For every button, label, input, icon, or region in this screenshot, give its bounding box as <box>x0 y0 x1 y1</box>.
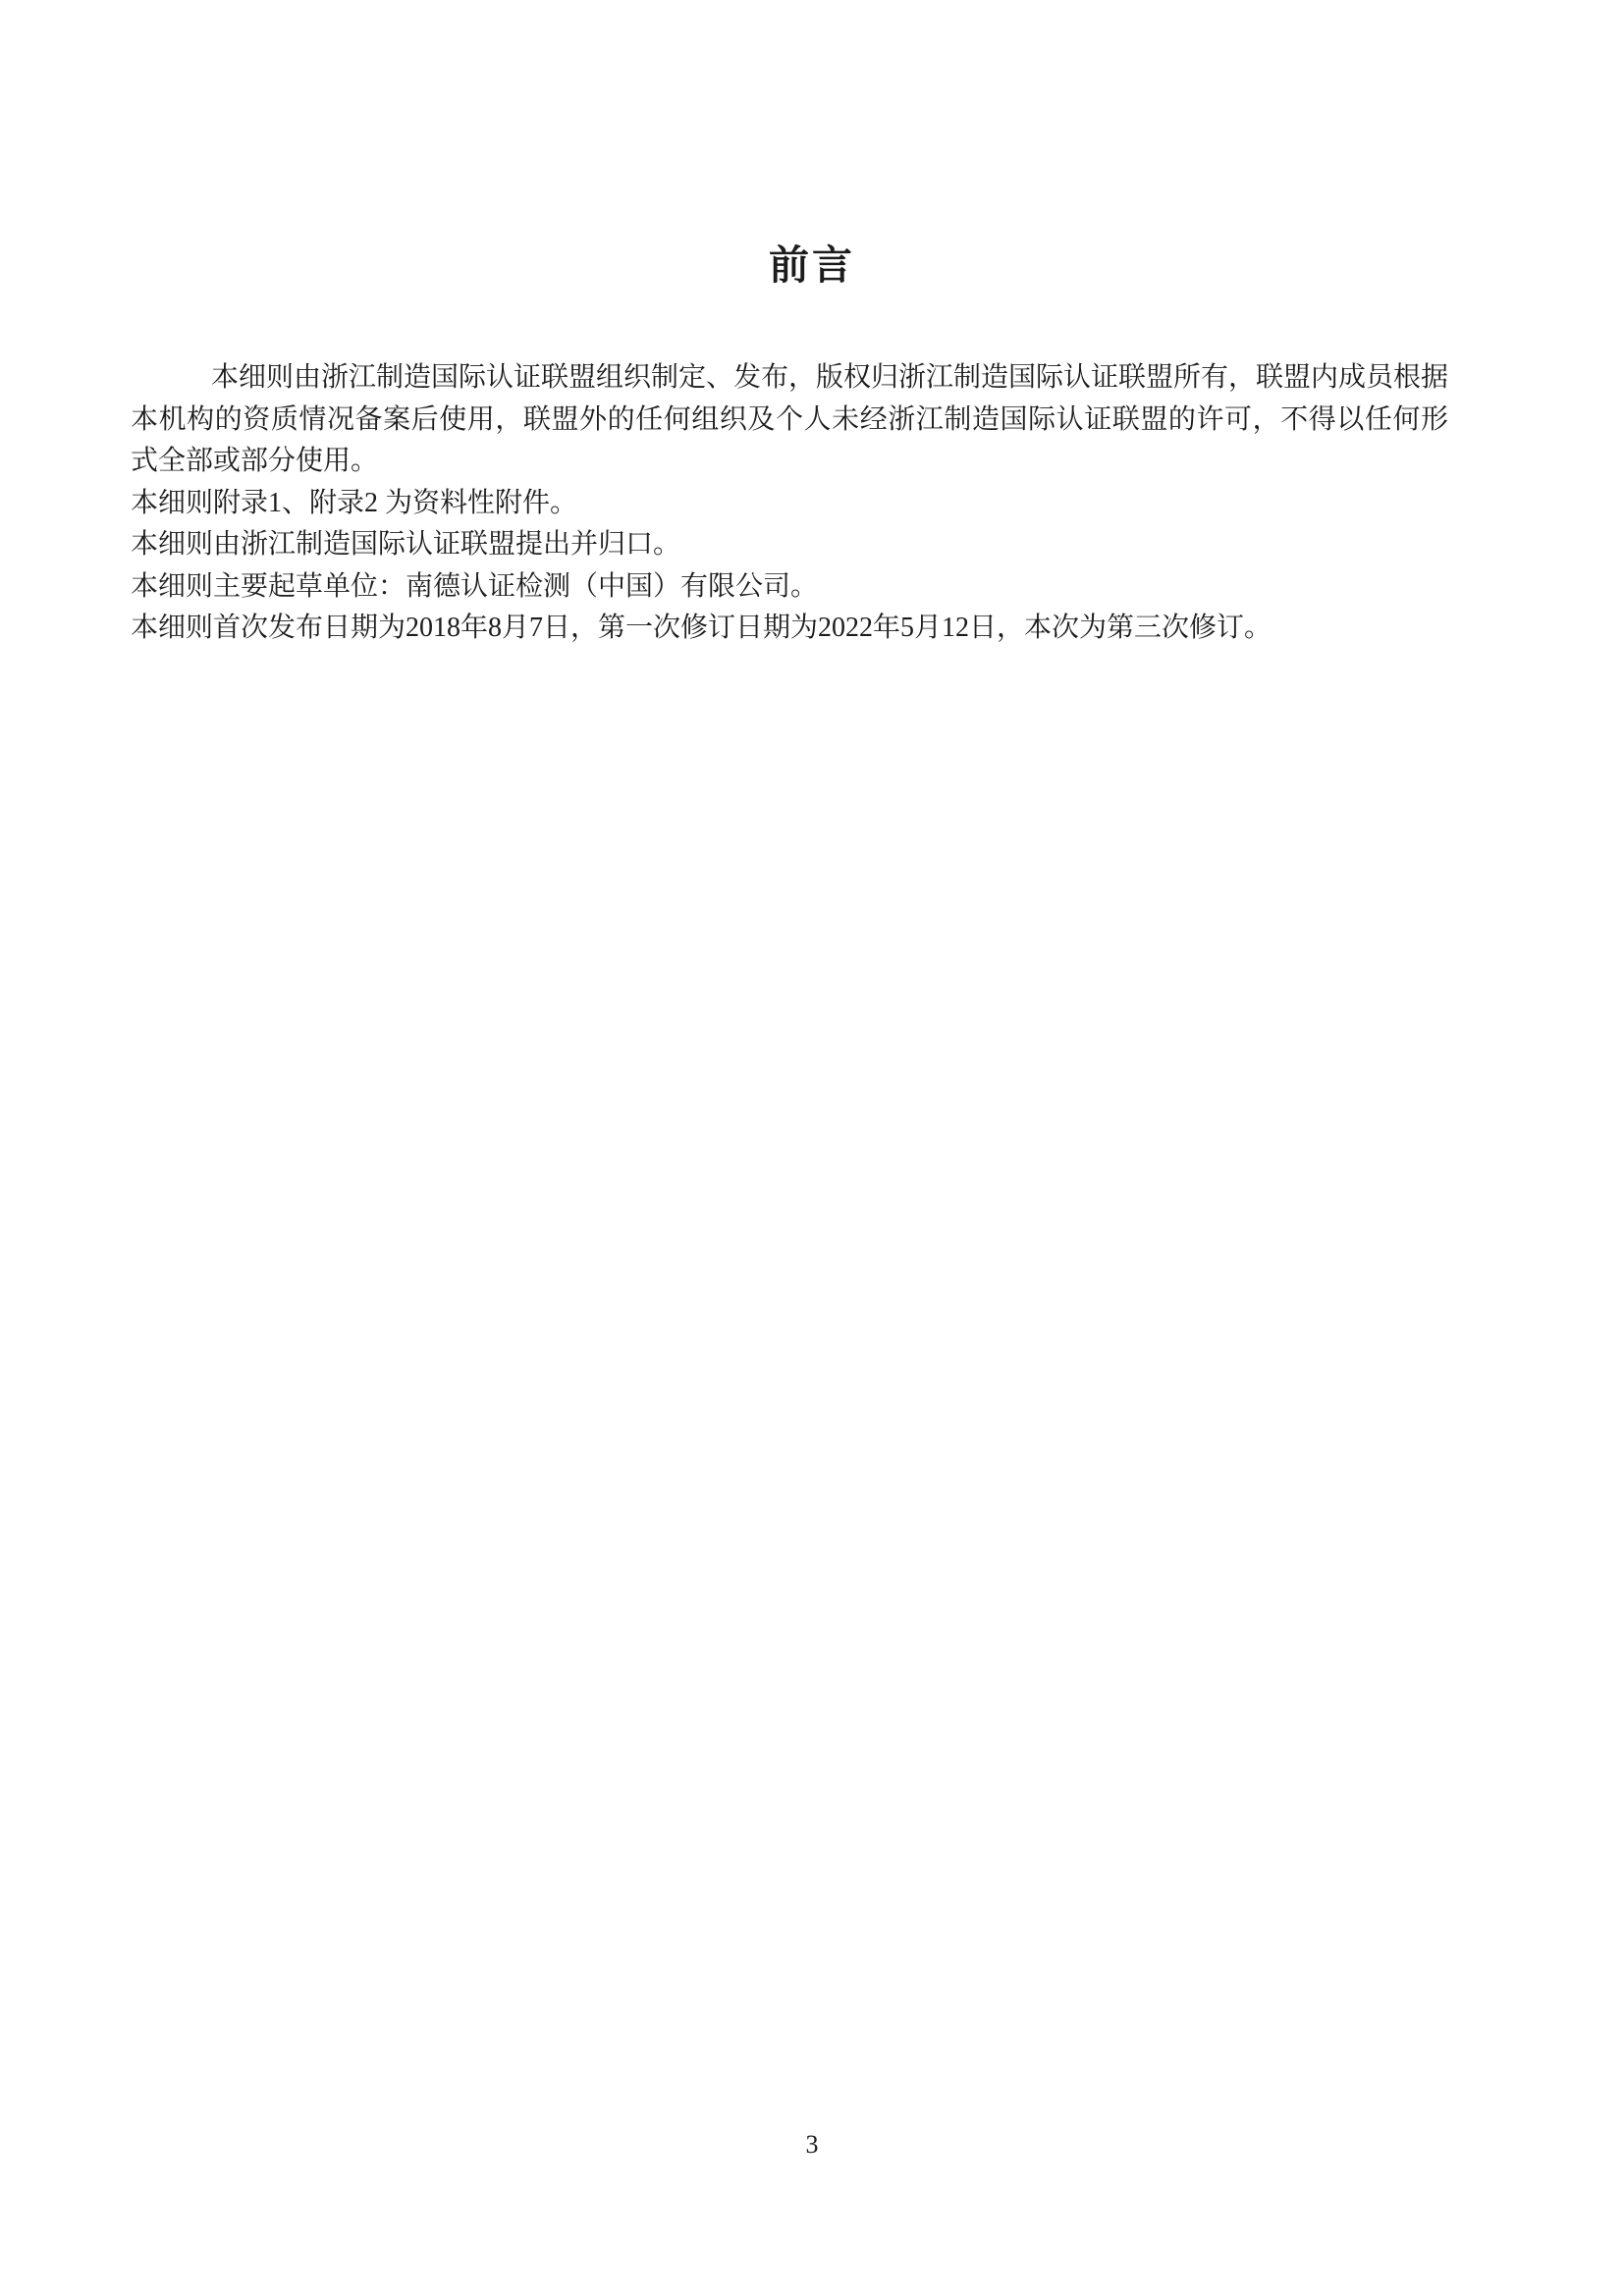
page-number: 3 <box>0 2130 1624 2160</box>
paragraph-appendices: 本细则附录1、附录2 为资料性附件。 <box>131 483 1448 525</box>
paragraph-revision-history: 本细则首次发布日期为2018年8月7日，第一次修订日期为2022年5月12日，本… <box>131 608 1448 650</box>
document-page: 前言 本细则由浙江制造国际认证联盟组织制定、发布，版权归浙江制造国际认证联盟所有… <box>0 0 1624 2296</box>
paragraph-drafting-unit: 本细则主要起草单位：南德认证检测（中国）有限公司。 <box>131 566 1448 609</box>
page-title: 前言 <box>0 241 1624 289</box>
paragraph-copyright: 本细则由浙江制造国际认证联盟组织制定、发布，版权归浙江制造国际认证联盟所有，联盟… <box>131 357 1448 483</box>
document-body: 本细则由浙江制造国际认证联盟组织制定、发布，版权归浙江制造国际认证联盟所有，联盟… <box>131 357 1448 650</box>
paragraph-issuing-body: 本细则由浙江制造国际认证联盟提出并归口。 <box>131 524 1448 566</box>
